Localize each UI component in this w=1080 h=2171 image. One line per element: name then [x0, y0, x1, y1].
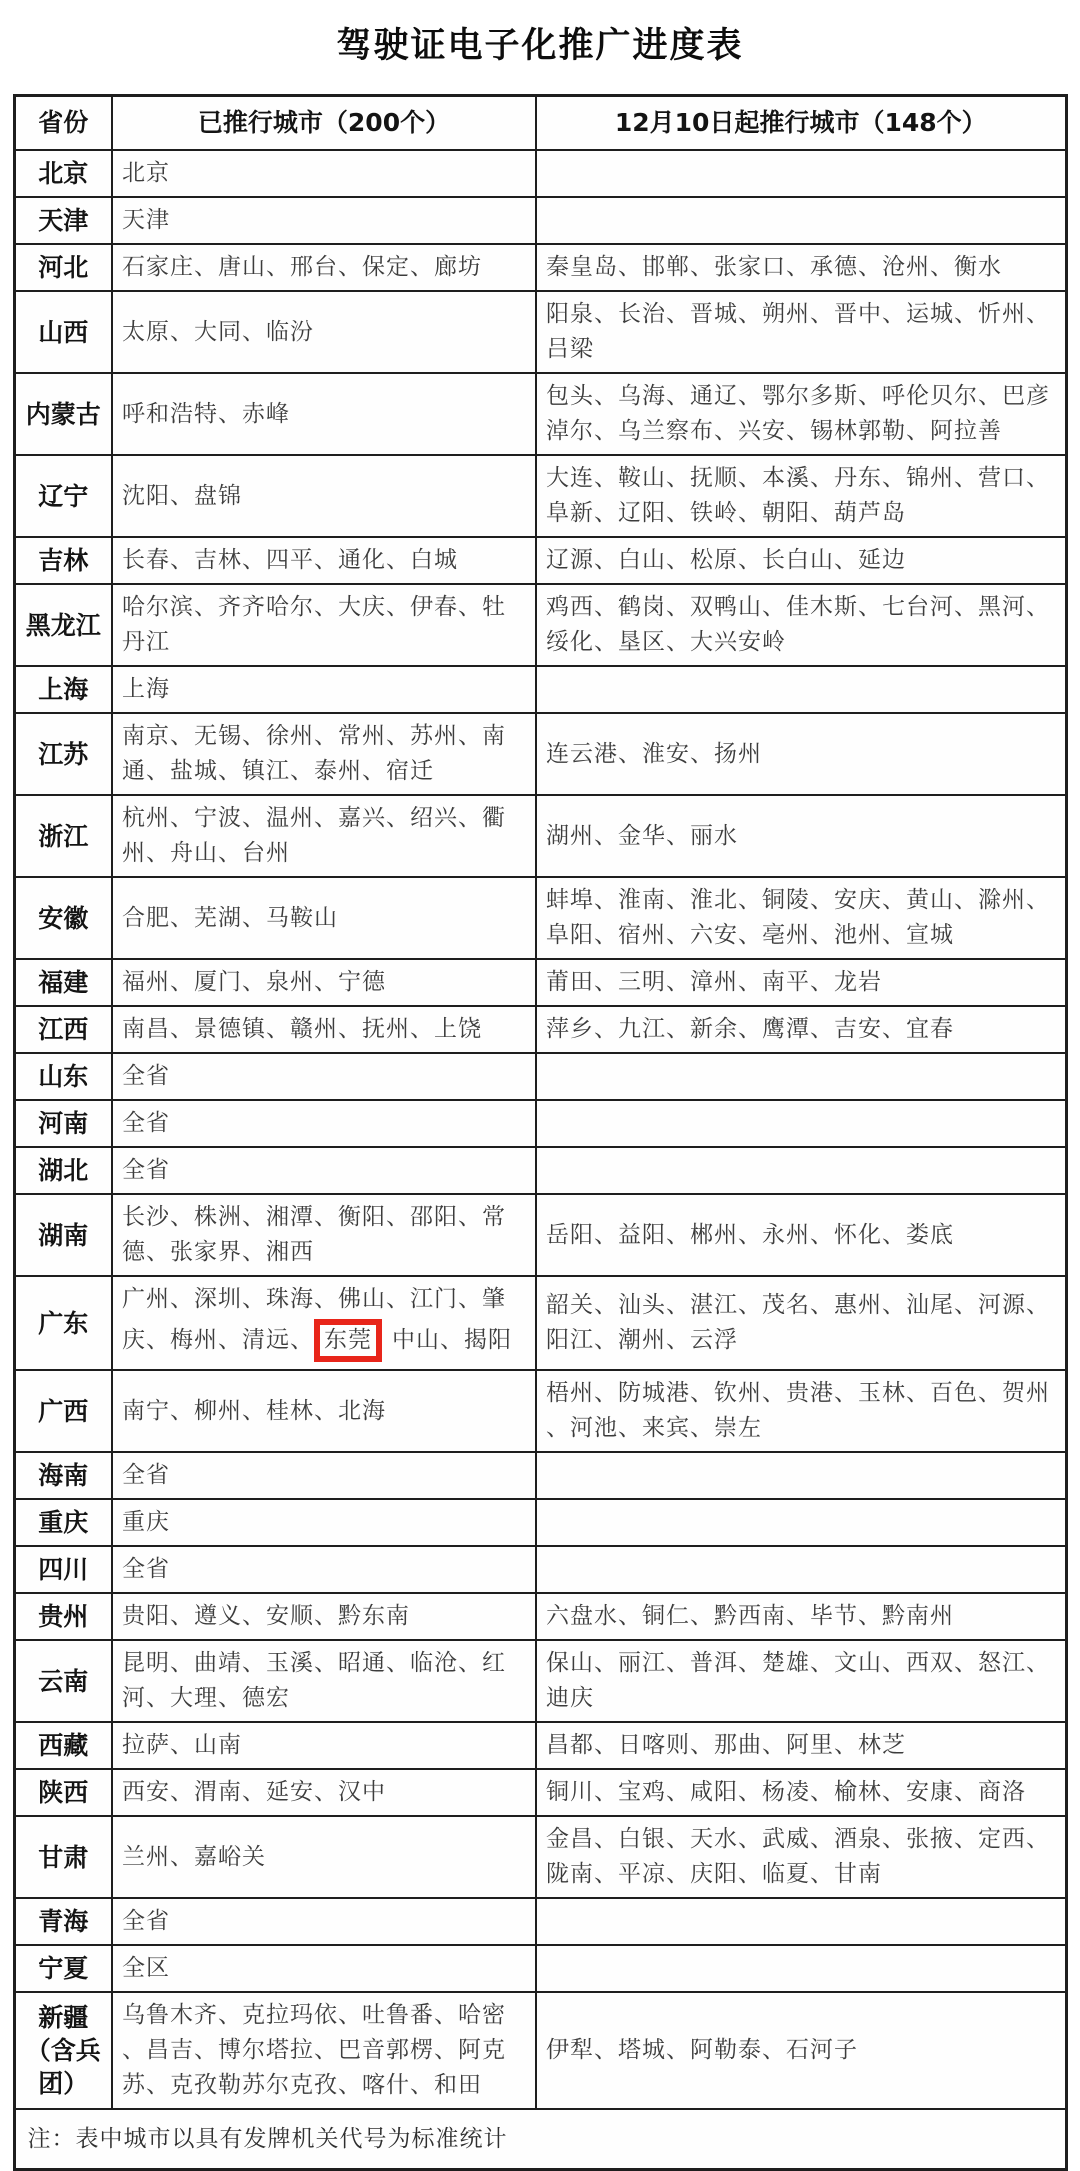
table-row: 河南全省 [14, 1100, 1066, 1147]
table-row: 湖北全省 [14, 1147, 1066, 1194]
province-cell: 浙江 [14, 795, 112, 877]
page-title: 驾驶证电子化推广进度表 [0, 18, 1080, 68]
upcoming-cities-cell: 大连、鞍山、抚顺、本溪、丹东、锦州、营口、阜新、辽阳、铁岭、朝阳、葫芦岛 [536, 455, 1066, 537]
province-cell: 重庆 [14, 1499, 112, 1546]
table-body: 北京北京天津天津河北石家庄、唐山、邢台、保定、廊坊秦皇岛、邯郸、张家口、承德、沧… [14, 150, 1066, 2109]
implemented-cities-cell: 全省 [112, 1546, 536, 1593]
table-row: 重庆重庆 [14, 1499, 1066, 1546]
upcoming-cities-cell: 岳阳、益阳、郴州、永州、怀化、娄底 [536, 1194, 1066, 1276]
table-row: 上海上海 [14, 666, 1066, 713]
table-row: 江西南昌、景德镇、赣州、抚州、上饶萍乡、九江、新余、鹰潭、吉安、宜春 [14, 1006, 1066, 1053]
province-cell: 陕西 [14, 1769, 112, 1816]
header-implemented-cities: 已推行城市（200个） [112, 96, 536, 151]
implemented-cities-cell: 全区 [112, 1945, 536, 1992]
implemented-cities-cell: 杭州、宁波、温州、嘉兴、绍兴、衢州、舟山、台州 [112, 795, 536, 877]
header-row: 省份 已推行城市（200个） 12月10日起推行城市（148个） [14, 96, 1066, 151]
province-cell: 内蒙古 [14, 373, 112, 455]
province-cell: 湖北 [14, 1147, 112, 1194]
upcoming-cities-cell: 鸡西、鹤岗、双鸭山、佳木斯、七台河、黑河、绥化、垦区、大兴安岭 [536, 584, 1066, 666]
province-cell: 西藏 [14, 1722, 112, 1769]
table-row: 云南昆明、曲靖、玉溪、昭通、临沧、红河、大理、德宏保山、丽江、普洱、楚雄、文山、… [14, 1640, 1066, 1722]
implemented-cities-cell: 上海 [112, 666, 536, 713]
implemented-cities-cell: 贵阳、遵义、安顺、黔东南 [112, 1593, 536, 1640]
upcoming-cities-cell [536, 1147, 1066, 1194]
implemented-cities-cell: 呼和浩特、赤峰 [112, 373, 536, 455]
province-cell: 天津 [14, 197, 112, 244]
table-row: 贵州贵阳、遵义、安顺、黔东南六盘水、铜仁、黔西南、毕节、黔南州 [14, 1593, 1066, 1640]
table-row: 江苏南京、无锡、徐州、常州、苏州、南通、盐城、镇江、泰州、宿迁连云港、淮安、扬州 [14, 713, 1066, 795]
implemented-cities-cell: 全省 [112, 1452, 536, 1499]
table-row: 河北石家庄、唐山、邢台、保定、廊坊秦皇岛、邯郸、张家口、承德、沧州、衡水 [14, 244, 1066, 291]
table-row: 黑龙江哈尔滨、齐齐哈尔、大庆、伊春、牡丹江鸡西、鹤岗、双鸭山、佳木斯、七台河、黑… [14, 584, 1066, 666]
upcoming-cities-cell: 连云港、淮安、扬州 [536, 713, 1066, 795]
table-row: 湖南长沙、株洲、湘潭、衡阳、邵阳、常德、张家界、湘西岳阳、益阳、郴州、永州、怀化… [14, 1194, 1066, 1276]
implemented-cities-cell: 福州、厦门、泉州、宁德 [112, 959, 536, 1006]
upcoming-cities-cell: 金昌、白银、天水、武威、酒泉、张掖、定西、陇南、平凉、庆阳、临夏、甘南 [536, 1816, 1066, 1898]
province-cell: 甘肃 [14, 1816, 112, 1898]
province-cell: 贵州 [14, 1593, 112, 1640]
upcoming-cities-cell: 六盘水、铜仁、黔西南、毕节、黔南州 [536, 1593, 1066, 1640]
upcoming-cities-cell [536, 1945, 1066, 1992]
upcoming-cities-cell [536, 1898, 1066, 1945]
province-cell: 上海 [14, 666, 112, 713]
upcoming-cities-cell: 湖州、金华、丽水 [536, 795, 1066, 877]
implemented-cities-cell: 北京 [112, 150, 536, 197]
upcoming-cities-cell: 包头、乌海、通辽、鄂尔多斯、呼伦贝尔、巴彦淖尔、乌兰察布、兴安、锡林郭勒、阿拉善 [536, 373, 1066, 455]
province-cell: 福建 [14, 959, 112, 1006]
upcoming-cities-cell: 阳泉、长治、晋城、朔州、晋中、运城、忻州、吕梁 [536, 291, 1066, 373]
progress-table: 省份 已推行城市（200个） 12月10日起推行城市（148个） 北京北京天津天… [13, 94, 1068, 2171]
province-cell: 北京 [14, 150, 112, 197]
table-row: 西藏拉萨、山南昌都、日喀则、那曲、阿里、林芝 [14, 1722, 1066, 1769]
table-row: 甘肃兰州、嘉峪关金昌、白银、天水、武威、酒泉、张掖、定西、陇南、平凉、庆阳、临夏… [14, 1816, 1066, 1898]
province-cell: 江苏 [14, 713, 112, 795]
province-cell: 黑龙江 [14, 584, 112, 666]
province-cell: 青海 [14, 1898, 112, 1945]
province-cell: 辽宁 [14, 455, 112, 537]
table-row: 山东全省 [14, 1053, 1066, 1100]
implemented-cities-cell: 重庆 [112, 1499, 536, 1546]
implemented-cities-cell: 全省 [112, 1147, 536, 1194]
province-cell: 河南 [14, 1100, 112, 1147]
table-row: 内蒙古呼和浩特、赤峰包头、乌海、通辽、鄂尔多斯、呼伦贝尔、巴彦淖尔、乌兰察布、兴… [14, 373, 1066, 455]
header-province: 省份 [14, 96, 112, 151]
upcoming-cities-cell [536, 150, 1066, 197]
table-row: 海南全省 [14, 1452, 1066, 1499]
implemented-cities-cell: 全省 [112, 1053, 536, 1100]
table-note: 注：表中城市以具有发牌机关代号为标准统计 [14, 2109, 1066, 2170]
upcoming-cities-cell: 韶关、汕头、湛江、茂名、惠州、汕尾、河源、阳江、潮州、云浮 [536, 1276, 1066, 1370]
highlighted-city-box: 东莞 [314, 1319, 382, 1362]
province-cell: 宁夏 [14, 1945, 112, 1992]
table-row: 安徽合肥、芜湖、马鞍山蚌埠、淮南、淮北、铜陵、安庆、黄山、滁州、阜阳、宿州、六安… [14, 877, 1066, 959]
upcoming-cities-cell [536, 666, 1066, 713]
implemented-cities-cell: 南昌、景德镇、赣州、抚州、上饶 [112, 1006, 536, 1053]
table-row: 四川全省 [14, 1546, 1066, 1593]
implemented-cities-cell: 乌鲁木齐、克拉玛依、吐鲁番、哈密、昌吉、博尔塔拉、巴音郭楞、阿克苏、克孜勒苏尔克… [112, 1992, 536, 2109]
table-row: 吉林长春、吉林、四平、通化、白城辽源、白山、松原、长白山、延边 [14, 537, 1066, 584]
note-row: 注：表中城市以具有发牌机关代号为标准统计 [14, 2109, 1066, 2170]
province-cell: 吉林 [14, 537, 112, 584]
upcoming-cities-cell [536, 1452, 1066, 1499]
upcoming-cities-cell: 辽源、白山、松原、长白山、延边 [536, 537, 1066, 584]
table-footer: 注：表中城市以具有发牌机关代号为标准统计 [14, 2109, 1066, 2170]
table-row: 天津天津 [14, 197, 1066, 244]
province-cell: 云南 [14, 1640, 112, 1722]
implemented-cities-cell: 天津 [112, 197, 536, 244]
implemented-cities-cell: 太原、大同、临汾 [112, 291, 536, 373]
province-cell: 新疆（含兵团） [14, 1992, 112, 2109]
upcoming-cities-cell [536, 197, 1066, 244]
table-row: 新疆（含兵团）乌鲁木齐、克拉玛依、吐鲁番、哈密、昌吉、博尔塔拉、巴音郭楞、阿克苏… [14, 1992, 1066, 2109]
upcoming-cities-cell: 秦皇岛、邯郸、张家口、承德、沧州、衡水 [536, 244, 1066, 291]
province-cell: 广东 [14, 1276, 112, 1370]
table-row: 宁夏全区 [14, 1945, 1066, 1992]
table-row: 福建福州、厦门、泉州、宁德莆田、三明、漳州、南平、龙岩 [14, 959, 1066, 1006]
table-row: 广东广州、深圳、珠海、佛山、江门、肇庆、梅州、清远、东莞中山、揭阳韶关、汕头、湛… [14, 1276, 1066, 1370]
implemented-cities-cell: 西安、渭南、延安、汉中 [112, 1769, 536, 1816]
implemented-cities-cell: 南京、无锡、徐州、常州、苏州、南通、盐城、镇江、泰州、宿迁 [112, 713, 536, 795]
province-cell: 广西 [14, 1370, 112, 1452]
upcoming-cities-cell [536, 1499, 1066, 1546]
implemented-cities-cell: 长春、吉林、四平、通化、白城 [112, 537, 536, 584]
province-cell: 安徽 [14, 877, 112, 959]
implemented-cities-cell: 长沙、株洲、湘潭、衡阳、邵阳、常德、张家界、湘西 [112, 1194, 536, 1276]
implemented-cities-cell: 拉萨、山南 [112, 1722, 536, 1769]
upcoming-cities-cell: 昌都、日喀则、那曲、阿里、林芝 [536, 1722, 1066, 1769]
table-row: 辽宁沈阳、盘锦大连、鞍山、抚顺、本溪、丹东、锦州、营口、阜新、辽阳、铁岭、朝阳、… [14, 455, 1066, 537]
implemented-cities-cell: 沈阳、盘锦 [112, 455, 536, 537]
implemented-cities-cell: 哈尔滨、齐齐哈尔、大庆、伊春、牡丹江 [112, 584, 536, 666]
upcoming-cities-cell: 莆田、三明、漳州、南平、龙岩 [536, 959, 1066, 1006]
implemented-cities-cell: 全省 [112, 1100, 536, 1147]
upcoming-cities-cell: 铜川、宝鸡、咸阳、杨凌、榆林、安康、商洛 [536, 1769, 1066, 1816]
upcoming-cities-cell: 伊犁、塔城、阿勒泰、石河子 [536, 1992, 1066, 2109]
table-row: 陕西西安、渭南、延安、汉中铜川、宝鸡、咸阳、杨凌、榆林、安康、商洛 [14, 1769, 1066, 1816]
province-cell: 山东 [14, 1053, 112, 1100]
header-upcoming-cities: 12月10日起推行城市（148个） [536, 96, 1066, 151]
table-row: 青海全省 [14, 1898, 1066, 1945]
upcoming-cities-cell [536, 1546, 1066, 1593]
table-row: 北京北京 [14, 150, 1066, 197]
table-row: 浙江杭州、宁波、温州、嘉兴、绍兴、衢州、舟山、台州湖州、金华、丽水 [14, 795, 1066, 877]
upcoming-cities-cell: 蚌埠、淮南、淮北、铜陵、安庆、黄山、滁州、阜阳、宿州、六安、亳州、池州、宣城 [536, 877, 1066, 959]
province-cell: 河北 [14, 244, 112, 291]
upcoming-cities-cell [536, 1100, 1066, 1147]
implemented-cities-cell: 南宁、柳州、桂林、北海 [112, 1370, 536, 1452]
table-row: 广西南宁、柳州、桂林、北海梧州、防城港、钦州、贵港、玉林、百色、贺州、河池、来宾… [14, 1370, 1066, 1452]
implemented-cities-cell: 合肥、芜湖、马鞍山 [112, 877, 536, 959]
upcoming-cities-cell [536, 1053, 1066, 1100]
table-row: 山西太原、大同、临汾阳泉、长治、晋城、朔州、晋中、运城、忻州、吕梁 [14, 291, 1066, 373]
province-cell: 江西 [14, 1006, 112, 1053]
implemented-cities-cell: 石家庄、唐山、邢台、保定、廊坊 [112, 244, 536, 291]
implemented-cities-cell: 广州、深圳、珠海、佛山、江门、肇庆、梅州、清远、东莞中山、揭阳 [112, 1276, 536, 1370]
table-header: 省份 已推行城市（200个） 12月10日起推行城市（148个） [14, 96, 1066, 151]
implemented-cities-cell: 全省 [112, 1898, 536, 1945]
implemented-cities-cell: 兰州、嘉峪关 [112, 1816, 536, 1898]
upcoming-cities-cell: 梧州、防城港、钦州、贵港、玉林、百色、贺州、河池、来宾、崇左 [536, 1370, 1066, 1452]
upcoming-cities-cell: 保山、丽江、普洱、楚雄、文山、西双、怒江、迪庆 [536, 1640, 1066, 1722]
implemented-cities-cell: 昆明、曲靖、玉溪、昭通、临沧、红河、大理、德宏 [112, 1640, 536, 1722]
province-cell: 山西 [14, 291, 112, 373]
province-cell: 四川 [14, 1546, 112, 1593]
document-page: 驾驶证电子化推广进度表 省份 已推行城市（200个） 12月10日起推行城市（1… [0, 0, 1080, 2171]
province-cell: 湖南 [14, 1194, 112, 1276]
province-cell: 海南 [14, 1452, 112, 1499]
upcoming-cities-cell: 萍乡、九江、新余、鹰潭、吉安、宜春 [536, 1006, 1066, 1053]
